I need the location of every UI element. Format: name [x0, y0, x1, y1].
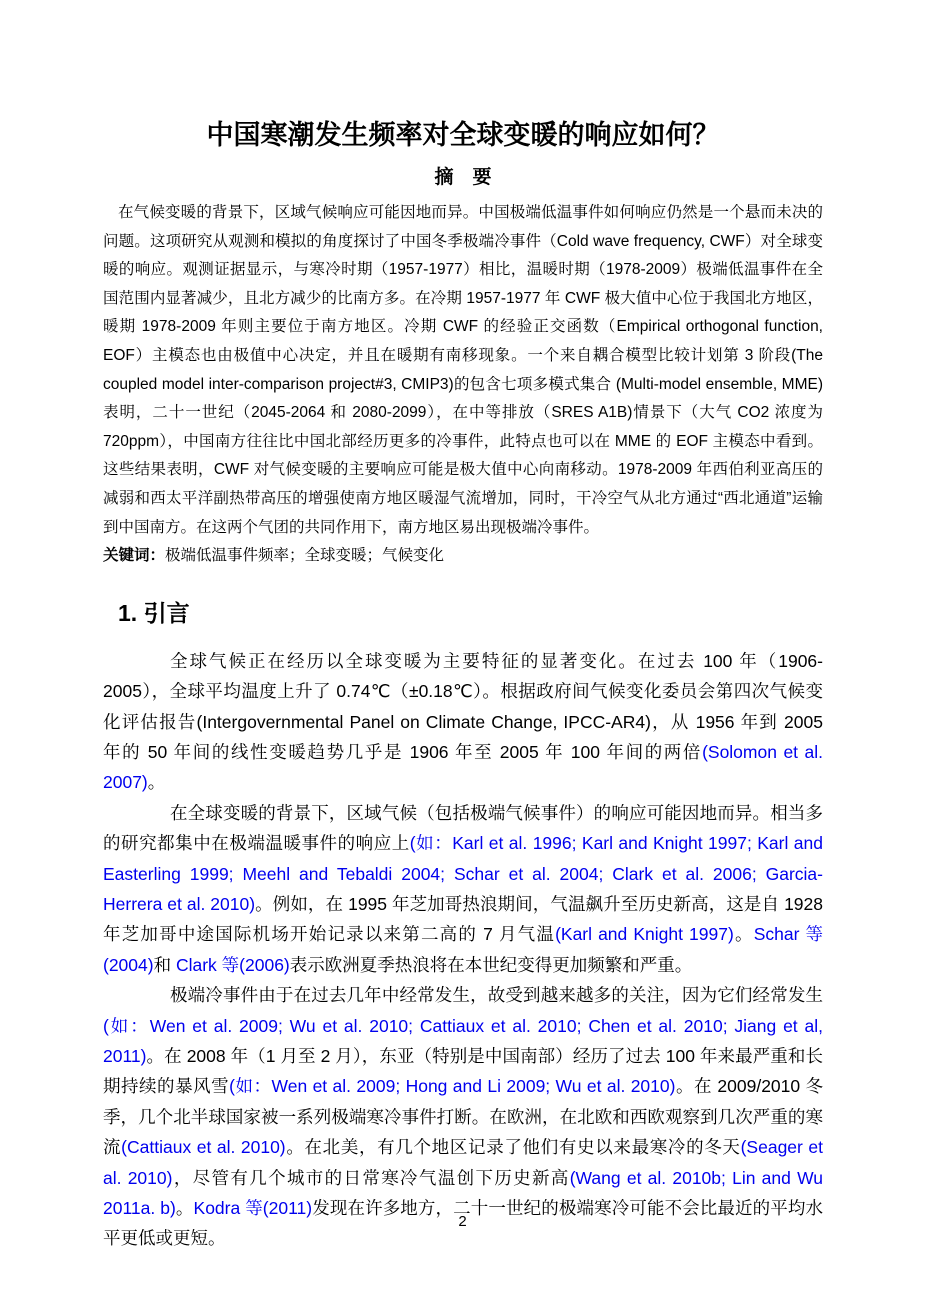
page-content: 中国寒潮发生频率对全球变暖的响应如何？ 摘 要 在气候变暖的背景下，区域气候响应… — [0, 0, 925, 1254]
citation-link[interactable]: (如：Wen et al. 2009; Hong and Li 2009; Wu… — [229, 1076, 675, 1096]
body-text-run: 。 — [148, 772, 166, 792]
page-number: 2 — [0, 1213, 925, 1231]
keywords-label: 关键词： — [103, 547, 165, 564]
body-text-run: 。 — [734, 924, 754, 944]
paper-title: 中国寒潮发生频率对全球变暖的响应如何？ — [103, 118, 823, 152]
citation-link[interactable]: (Karl and Knight 1997) — [555, 924, 734, 944]
citation-link[interactable]: Clark 等(2006) — [176, 955, 290, 975]
document-page: 中国寒潮发生频率对全球变暖的响应如何？ 摘 要 在气候变暖的背景下，区域气候响应… — [0, 0, 925, 1309]
abstract-text: 在气候变暖的背景下，区域气候响应可能因地而异。中国极端低温事件如何响应仍然是一个… — [103, 199, 823, 542]
body-text-run: 和 — [154, 955, 176, 975]
keywords-line: 关键词：极端低温事件频率；全球变暖；气候变化 — [103, 542, 823, 571]
citation-link[interactable]: (Cattiaux et al. 2010) — [121, 1137, 285, 1157]
section-heading-introduction: 1. 引言 — [103, 598, 823, 629]
body-text-run: 。在北美，有几个地区记录了他们有史以来最寒冷的冬天 — [286, 1137, 741, 1157]
body-text-run: 极端冷事件由于在过去几年中经常发生，故受到越来越多的关注，因为它们经常发生 — [170, 985, 823, 1005]
keywords-text: 极端低温事件频率；全球变暖；气候变化 — [165, 547, 444, 564]
abstract-heading: 摘 要 — [103, 165, 823, 190]
body-text-run: 表示欧洲夏季热浪将在本世纪变得更加频繁和严重。 — [290, 955, 693, 975]
body-text-run: ，尽管有几个城市的日常寒冷气温创下历史新高 — [172, 1168, 569, 1188]
intro-paragraph-1: 全球气候正在经历以全球变暖为主要特征的显著变化。在过去 100 年（1906-2… — [103, 646, 823, 798]
intro-paragraph-2: 在全球变暖的背景下，区域气候（包括极端气候事件）的响应可能因地而异。相当多的研究… — [103, 798, 823, 980]
